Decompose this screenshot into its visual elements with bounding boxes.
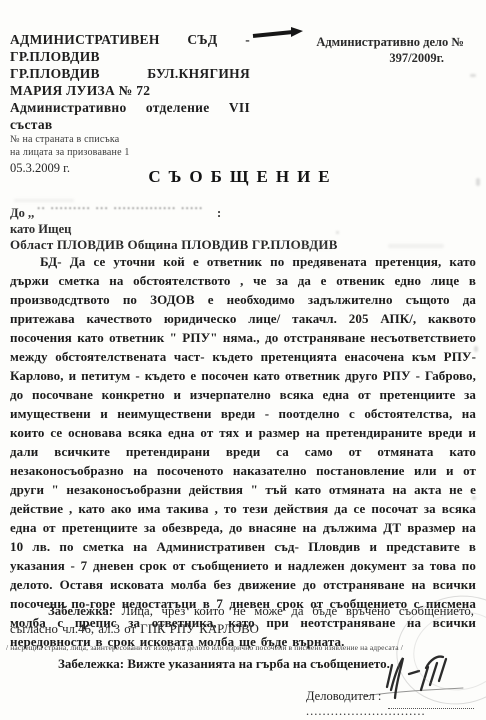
court-header-block: АДМИНИСТРАТИВЕН СЪД - ГР.ПЛОВДИВ ГР.ПЛОВ… — [10, 31, 250, 176]
scan-smudge — [388, 244, 444, 248]
scan-smudge — [288, 245, 332, 249]
addressee-to-label: До ,, — [10, 206, 34, 220]
case-number: 397/2009г. — [304, 50, 464, 66]
party-list-note-1: № на страната в списъка — [10, 133, 250, 146]
scan-smudge — [14, 199, 74, 202]
addressee-role: като Ищец — [10, 221, 440, 237]
document-title: СЪОБЩЕНИЕ — [0, 167, 486, 187]
case-label: Административно дело № — [304, 34, 464, 50]
scan-artifact — [469, 262, 474, 265]
court-address-line-1: ГР.ПЛОВДИВ БУЛ.КНЯГИНЯ — [10, 65, 250, 82]
party-list-note-2: на лицата за призоваване 1 — [10, 146, 250, 159]
note-service-rule: Забележка: Лица, чрез които не може да б… — [10, 602, 474, 638]
note2-label: Забележка: — [58, 656, 124, 671]
scan-artifact — [476, 178, 480, 186]
scan-artifact — [474, 346, 478, 352]
addressee-address: Област ПЛОВДИВ Община ПЛОВДИВ ГР.ПЛОВДИВ — [10, 237, 440, 253]
handwritten-arrow-icon — [251, 25, 307, 41]
handwritten-signature-icon — [295, 638, 480, 716]
scanned-court-notice-page: АДМИНИСТРАТИВЕН СЪД - ГР.ПЛОВДИВ ГР.ПЛОВ… — [0, 0, 486, 720]
case-number-block: Административно дело № 397/2009г. — [304, 34, 464, 66]
court-name-line-2: ГР.ПЛОВДИВ — [10, 48, 250, 65]
addressee-colon: : — [217, 206, 221, 220]
note1-label: Забележка: — [48, 604, 113, 618]
addressee-block: До ,, .. ......... ... .............. ..… — [10, 201, 440, 253]
court-address-line-2: МАРИЯ ЛУИЗА № 72 — [10, 82, 250, 99]
addressee-line: До ,, .. ......... ... .............. ..… — [10, 201, 440, 221]
body-paragraph: БД- Да се уточни кой е ответник по предя… — [10, 252, 476, 651]
court-name-line-1: АДМИНИСТРАТИВЕН СЪД - — [10, 31, 250, 48]
court-division-line-1: Административно отделение VII — [10, 99, 250, 116]
court-division-line-2: състав — [10, 116, 250, 133]
scan-artifact — [470, 74, 476, 77]
scan-artifact — [472, 496, 476, 500]
scan-artifact — [336, 231, 339, 234]
